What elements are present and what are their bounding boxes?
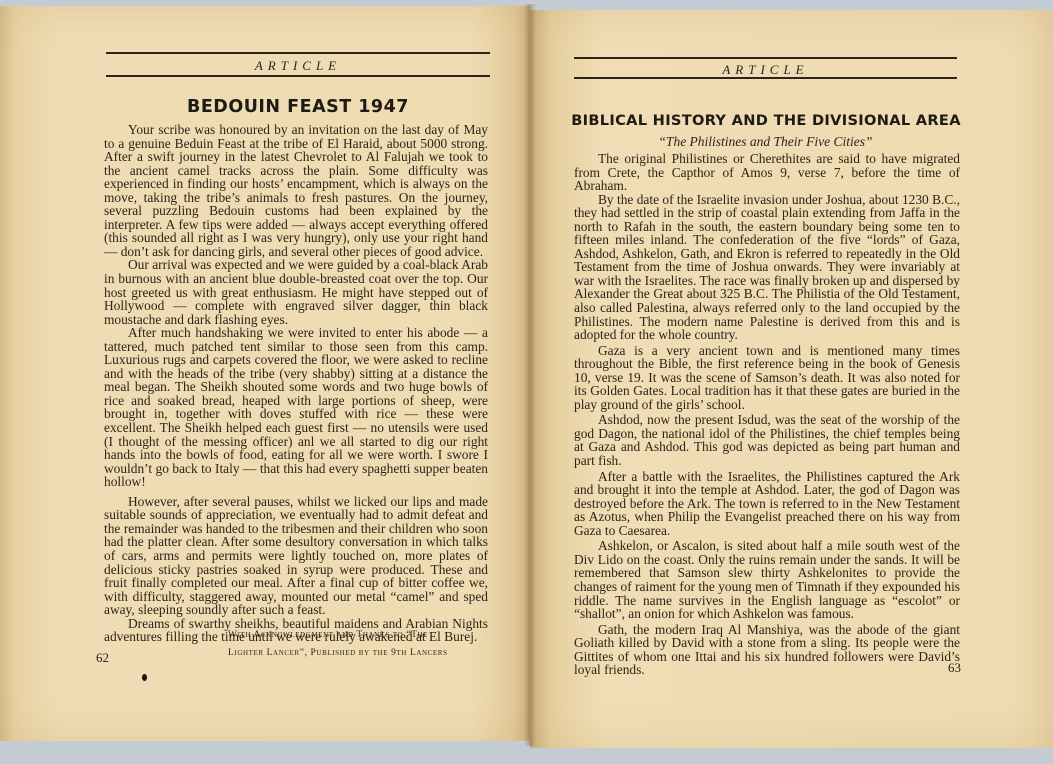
paragraph: Ashdod, now the present Isdud, was the s… [574, 413, 960, 467]
paragraph: Ashkelon, or Ascalon, is sited about hal… [574, 539, 960, 620]
article-title: BEDOUIN FEAST 1947 [106, 97, 490, 117]
paragraph: However, after several pauses, whilst we… [104, 495, 488, 617]
page-number: 62 [96, 650, 109, 666]
acknowledgment-line: With Acknowledgment and Thanks to “The [228, 626, 488, 644]
paragraph: The original Philistines or Cherethites … [574, 152, 960, 193]
paragraph: After much handshaking we were invited t… [104, 326, 488, 489]
right-page: ARTICLE BIBLICAL HISTORY AND THE DIVISIO… [530, 10, 1053, 748]
paragraph: After a battle with the Israelites, the … [574, 470, 960, 538]
page-number: 63 [948, 660, 961, 676]
paragraph: Gaza is a very ancient town and is menti… [574, 344, 960, 412]
book-gutter [524, 4, 536, 746]
paragraph: Our arrival was expected and we were gui… [104, 258, 488, 326]
left-page: ARTICLE BEDOUIN FEAST 1947 Your scribe w… [0, 6, 530, 741]
article-body: The original Philistines or Cherethites … [574, 152, 960, 677]
acknowledgment: With Acknowledgment and Thanks to “The L… [228, 626, 488, 662]
paragraph: By the date of the Israelite invasion un… [574, 193, 960, 342]
header-rule-bottom [106, 75, 490, 77]
acknowledgment-line: Lighter Lancer”, Published by the 9th La… [228, 644, 488, 662]
article-subtitle: “The Philistines and Their Five Cities” [574, 134, 957, 150]
section-label: ARTICLE [574, 62, 957, 78]
header-rule-top [574, 57, 957, 59]
header-rule-top [106, 52, 490, 54]
paragraph: Gath, the modern Iraq Al Manshiya, was t… [574, 623, 960, 677]
article-body: Your scribe was honoured by an invitatio… [104, 123, 488, 644]
section-label: ARTICLE [106, 58, 490, 74]
article-title: BIBLICAL HISTORY AND THE DIVISIONAL AREA [570, 112, 962, 129]
paragraph: Your scribe was honoured by an invitatio… [104, 123, 488, 258]
header-rule-bottom [574, 77, 957, 79]
book-spread: ARTICLE BEDOUIN FEAST 1947 Your scribe w… [0, 0, 1053, 764]
ink-spot [142, 674, 147, 681]
